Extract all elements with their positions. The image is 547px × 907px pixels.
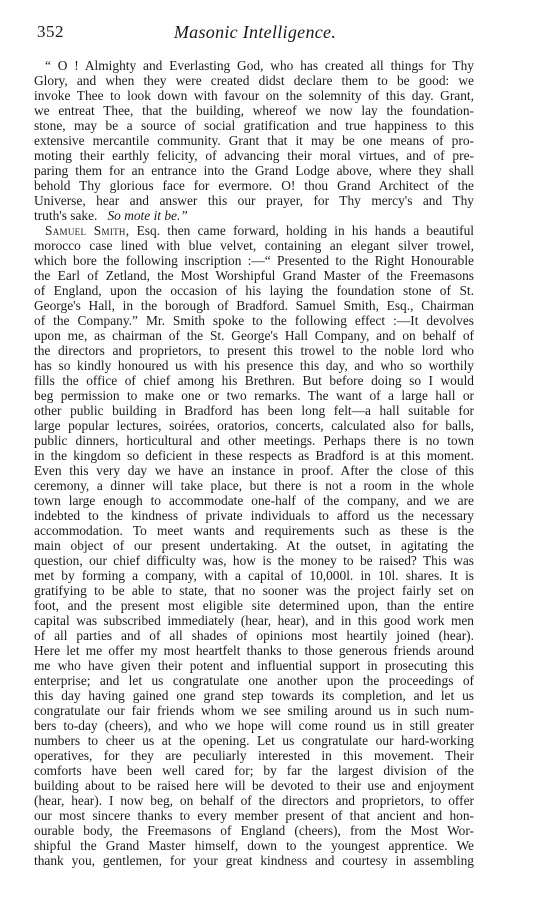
text-line: beg permission to make one or two remark… — [34, 388, 474, 403]
text-line: Glory, and when they were created didst … — [34, 73, 474, 88]
text-line: moting their earthly felicity, of advanc… — [34, 148, 474, 163]
text-line: thank you, gentlemen, for your great kin… — [34, 853, 474, 868]
prayer-paragraph: “ O ! Almighty and Everlasting God, who … — [34, 58, 474, 223]
text-line: (hear, hear). I now beg, on behalf of th… — [34, 793, 474, 808]
text-line: large popular lectures, soirées, oratori… — [34, 418, 474, 433]
text-line: which bore the following inscription :—“… — [34, 253, 474, 268]
text-line: public dinners, horticultural and other … — [34, 433, 474, 448]
text-line: other public building in Bradford has be… — [34, 403, 474, 418]
text-line: Universe, hear and answer this our praye… — [34, 193, 474, 208]
running-head: 352 Masonic Intelligence. — [37, 22, 473, 44]
text-line: town large enough to accommodate one-hal… — [34, 493, 474, 508]
text-line: met by forming a company, with a capital… — [34, 568, 474, 583]
text-line: upon me, as chairman of the St. George's… — [34, 328, 474, 343]
text-line: building about to be raised here will be… — [34, 778, 474, 793]
text-line: capital was subscribed immediately (hear… — [34, 613, 474, 628]
text-fragment: truth's sake. — [34, 208, 97, 223]
text-line: gratifying to be able to state, that no … — [34, 583, 474, 598]
text-line: indebted to the kindness of private indi… — [34, 508, 474, 523]
text-line: extensive mercantile community. Grant th… — [34, 133, 474, 148]
text-line: fills the office of chief among his Bret… — [34, 373, 474, 388]
text-line: our most sincere thanks to every member … — [34, 808, 474, 823]
text-line: has so kindly honoured us with his prese… — [34, 358, 474, 373]
text-line: me who have given their potent and influ… — [34, 658, 474, 673]
running-title: Masonic Intelligence. — [37, 22, 473, 43]
text-line: of England, upon the occasion of his lay… — [34, 283, 474, 298]
text-line: ourable body, the Freemasons of England … — [34, 823, 474, 838]
speaker-name: Samuel Smith, — [45, 223, 129, 238]
text-line: question, our chief difficulty was, how … — [34, 553, 474, 568]
text-line: in the kingdom so deficient in these res… — [34, 448, 474, 463]
text-line: the Earl of Zetland, the Most Worshipful… — [34, 268, 474, 283]
closing-phrase: So mote it be.” — [107, 208, 187, 223]
text-line: behold Thy glorious face for evermore. O… — [34, 178, 474, 193]
text-line: enterprise; and let us congratulate one … — [34, 673, 474, 688]
text-line: of the Company.” Mr. Smith spoke to the … — [34, 313, 474, 328]
text-line: congratulate our fair friends whom we se… — [34, 703, 474, 718]
text-line: numbers to cheer us at the opening. Let … — [34, 733, 474, 748]
text-line: comforts have been well cared for; by fa… — [34, 763, 474, 778]
text-line: foot, and the present most eligible site… — [34, 598, 474, 613]
text-line: accommodation. To meet wants and require… — [34, 523, 474, 538]
text-line: invoke Thee to look down with favour on … — [34, 88, 474, 103]
text-line: ceremony, a dinner will take place, but … — [34, 478, 474, 493]
text-line: Here let me offer my most heartfelt than… — [34, 643, 474, 658]
text-line: of all parties and of all shades of opin… — [34, 628, 474, 643]
text-line: paring them for an entrance into the Gra… — [34, 163, 474, 178]
text-line: this day having gained one grand step to… — [34, 688, 474, 703]
text-line: shipful the Grand Master himself, down t… — [34, 838, 474, 853]
text-line: the directors and proprietors, to presen… — [34, 343, 474, 358]
text-line: bers to-day (cheers), and who we hope wi… — [34, 718, 474, 733]
text-line: we entreat Thee, that the building, wher… — [34, 103, 474, 118]
text-line: morocco case lined with blue velvet, con… — [34, 238, 474, 253]
text-line: “ O ! Almighty and Everlasting God, who … — [34, 58, 474, 73]
text-line: Samuel Smith, Esq. then came forward, ho… — [34, 223, 474, 238]
text-line: stone, may be a source of social gratifi… — [34, 118, 474, 133]
text-line: main object of our present undertaking. … — [34, 538, 474, 553]
body-text: “ O ! Almighty and Everlasting God, who … — [34, 58, 474, 883]
text-line — [34, 868, 474, 883]
text-line: Even this very day we have an instance i… — [34, 463, 474, 478]
text-line: truth's sake. So mote it be.” — [34, 208, 474, 223]
speech-paragraph: Samuel Smith, Esq. then came forward, ho… — [34, 223, 474, 883]
text-line: operatives, for they are peculiarly inte… — [34, 748, 474, 763]
text-fragment: Esq. then came forward, holding in his h… — [129, 223, 474, 238]
book-page: 352 Masonic Intelligence. “ O ! Almighty… — [0, 0, 547, 907]
text-line: George's Hall, in the borough of Bradfor… — [34, 298, 474, 313]
